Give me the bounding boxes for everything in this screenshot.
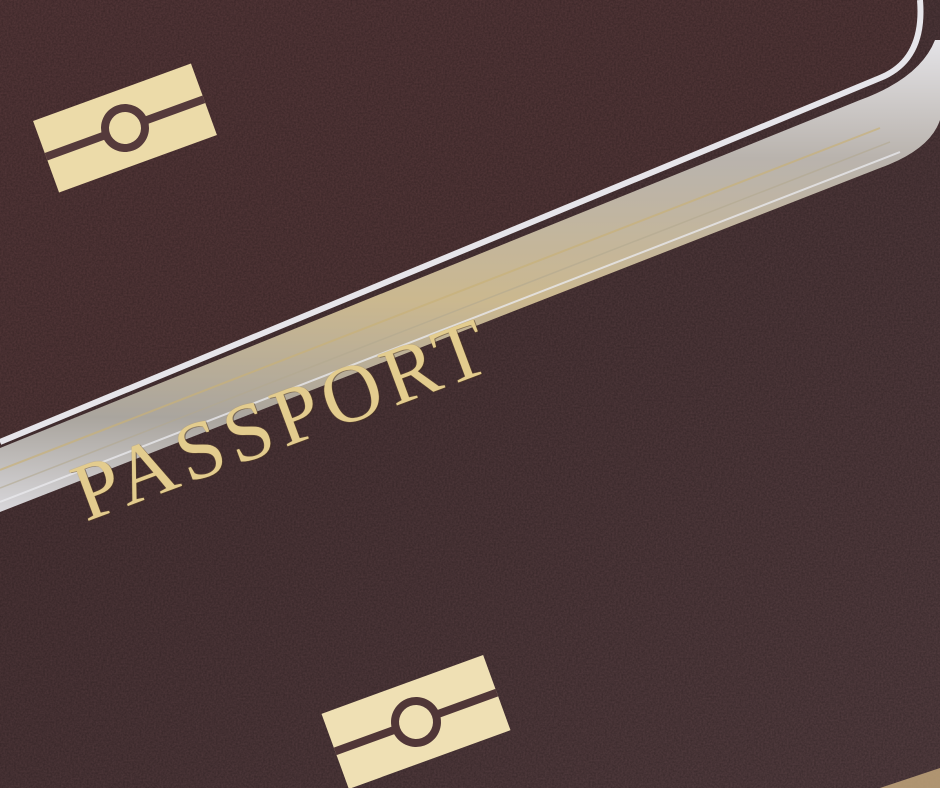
passport-photo: PASSPORT xyxy=(0,0,940,788)
